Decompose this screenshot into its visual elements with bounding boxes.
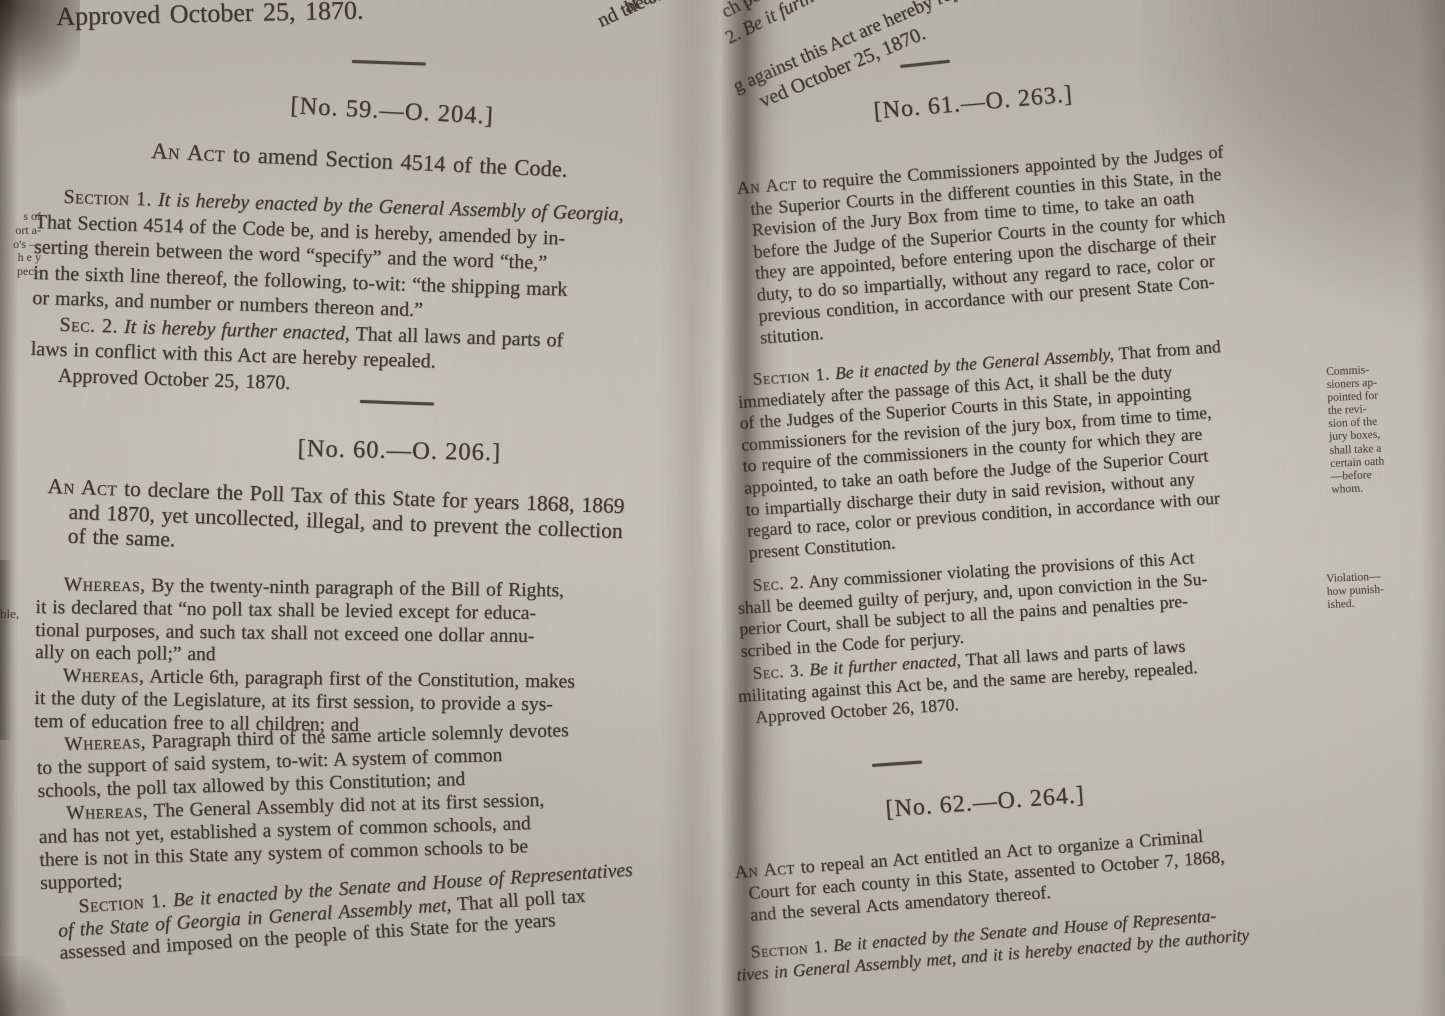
act61-number: [No. 61.—O. 263.]: [870, 81, 1077, 126]
section-divider-rule: [900, 60, 950, 68]
margin-note-line: whom.: [1331, 480, 1423, 497]
act59-margin-note: s of ort a- o's — h e y peci-: [0, 210, 41, 279]
act61-margin-note-1: Commis- sioners ap- pointed for the revi…: [1326, 362, 1424, 497]
act61-title: An Act to require the Commissioners appo…: [736, 141, 1235, 349]
margin-note-line: ished.: [1327, 595, 1419, 612]
act60-preamble-a: Whereas, By the twenty-ninth paragraph o…: [34, 574, 576, 740]
act60-margin-note: ble,: [0, 606, 19, 622]
margin-note-line: s of: [0, 210, 41, 224]
margin-note-line: ort a-: [0, 224, 41, 238]
act62-number: [No. 62.—O. 264.]: [882, 782, 1088, 824]
margin-note-line: peci-: [0, 265, 41, 279]
margin-note-line: o's —: [0, 238, 41, 252]
book-photo: Approved October 25, 1870. at all nd the…: [0, 0, 1445, 1016]
act59-body: Section 1. It is hereby enacted by the G…: [30, 184, 624, 406]
act60-number: [No. 60.—O. 206.]: [297, 435, 494, 467]
section-divider-rule: [872, 761, 922, 767]
act61-section1: Section 1. Be it enacted by the General …: [736, 336, 1233, 564]
margin-note-line: h e y: [0, 251, 41, 265]
act61-margin-note-2: Violation— how punish- ished.: [1326, 569, 1420, 612]
